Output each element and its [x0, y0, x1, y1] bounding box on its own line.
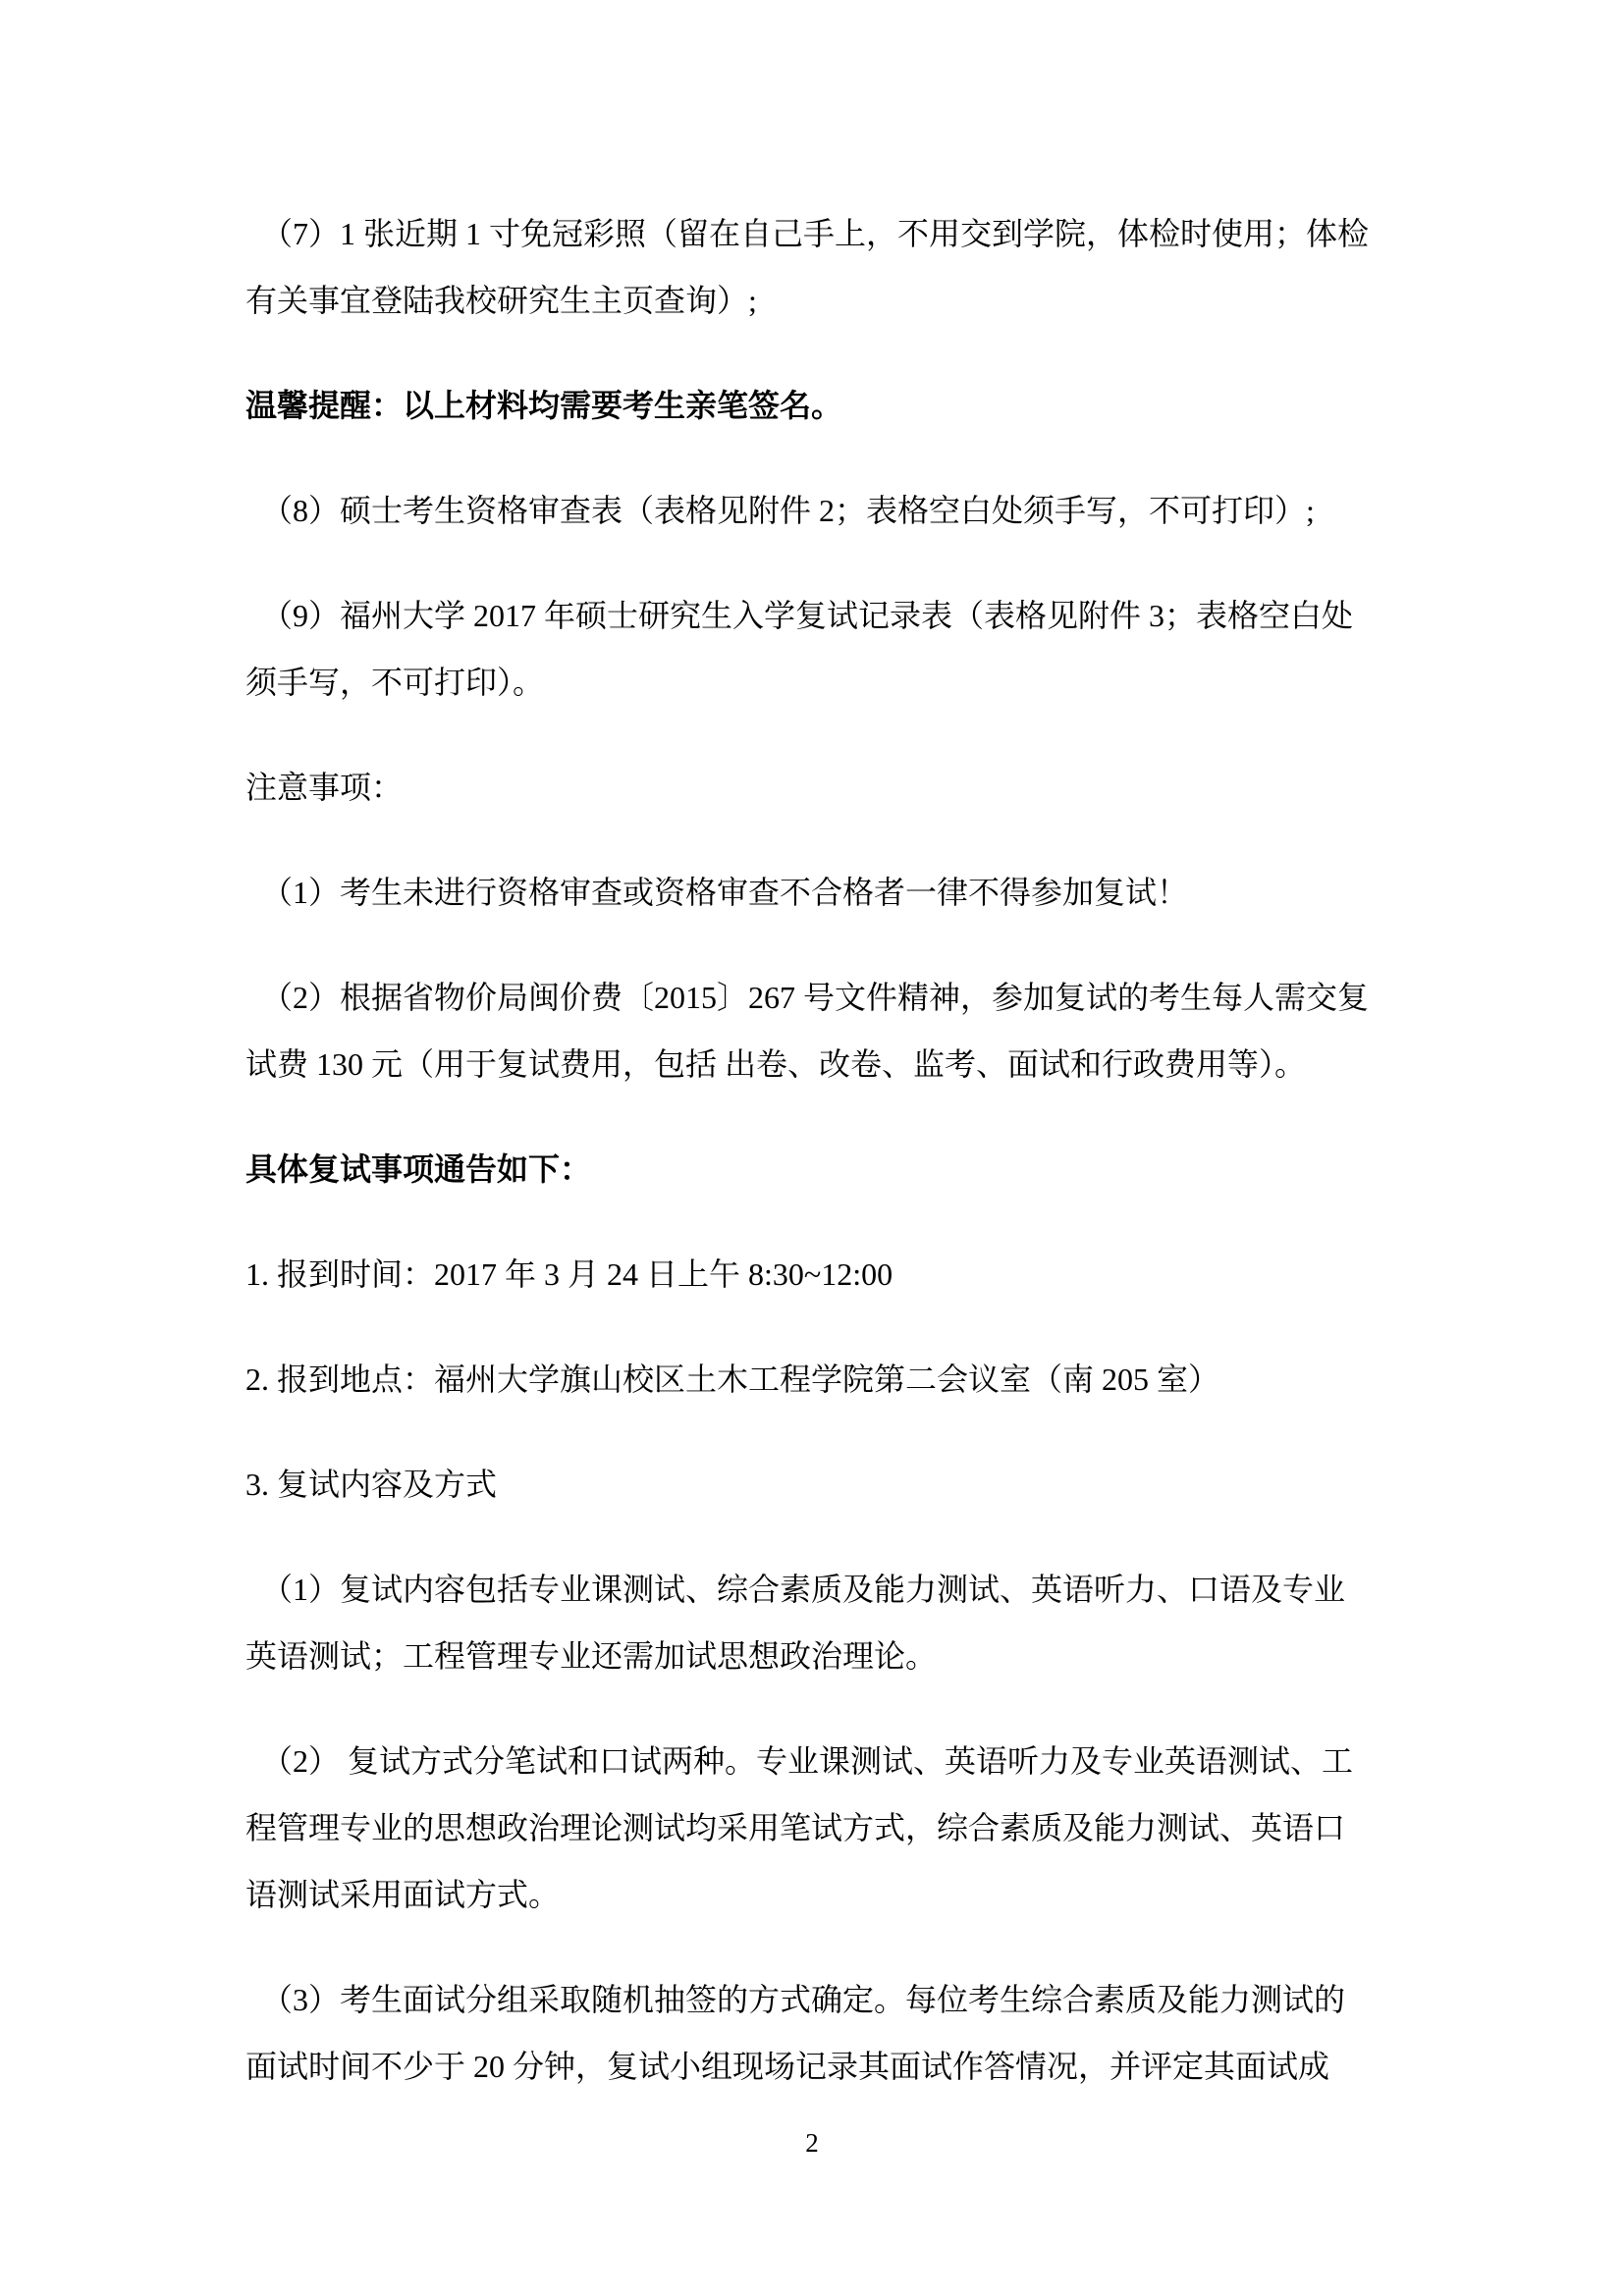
para-interview-format: （2） 复试方式分笔试和口试两种。专业课测试、英语听力及专业英语测试、工 程管理…	[245, 1728, 1384, 1928]
text-line: （1）考生未进行资格审查或资格审查不合格者一律不得参加复试！	[245, 859, 1384, 926]
text-line: （2） 复试方式分笔试和口试两种。专业课测试、英语听力及专业英语测试、工	[245, 1728, 1384, 1794]
text-line: 面试时间不少于 20 分钟，复试小组现场记录其面试作答情况，并评定其面试成	[245, 2033, 1384, 2100]
para-checkin-location: 2. 报到地点：福州大学旗山校区土木工程学院第二会议室（南 205 室）	[245, 1346, 1384, 1413]
text-line: 3. 复试内容及方式	[245, 1451, 1384, 1518]
text-line: 1. 报到时间：2017 年 3 月 24 日上午 8:30~12:00	[245, 1241, 1384, 1308]
para-note-1: （1）考生未进行资格审查或资格审查不合格者一律不得参加复试！	[245, 859, 1384, 926]
page-number: 2	[0, 2126, 1624, 2160]
text-line: （2）根据省物价局闽价费〔2015〕267 号文件精神，参加复试的考生每人需交复	[245, 964, 1384, 1031]
para-note-2: （2）根据省物价局闽价费〔2015〕267 号文件精神，参加复试的考生每人需交复…	[245, 964, 1384, 1097]
text-line: （3）考生面试分组采取随机抽签的方式确定。每位考生综合素质及能力测试的	[245, 1966, 1384, 2033]
text-line: （1）复试内容包括专业课测试、综合素质及能力测试、英语听力、口语及专业	[245, 1556, 1384, 1623]
text-line: 具体复试事项通告如下：	[245, 1136, 1384, 1202]
text-line: 英语测试；工程管理专业还需加试思想政治理论。	[245, 1623, 1384, 1689]
text-line: 须手写，不可打印）。	[245, 649, 1384, 716]
text-line: 温馨提醒：以上材料均需要考生亲笔签名。	[245, 372, 1384, 439]
text-line: 注意事项：	[245, 754, 1384, 821]
text-line: 程管理专业的思想政治理论测试均采用笔试方式，综合素质及能力测试、英语口	[245, 1794, 1384, 1861]
para-interview-content: （1）复试内容包括专业课测试、综合素质及能力测试、英语听力、口语及专业 英语测试…	[245, 1556, 1384, 1689]
text-line: （8）硕士考生资格审查表（表格见附件 2；表格空白处须手写，不可打印）;	[245, 477, 1384, 544]
text-line: 有关事宜登陆我校研究生主页查询）;	[245, 267, 1384, 334]
para-notes-heading: 注意事项：	[245, 754, 1384, 821]
para-checkin-time: 1. 报到时间：2017 年 3 月 24 日上午 8:30~12:00	[245, 1241, 1384, 1308]
para-reminder: 温馨提醒：以上材料均需要考生亲笔签名。	[245, 372, 1384, 439]
para-content-method-heading: 3. 复试内容及方式	[245, 1451, 1384, 1518]
text-line: 语测试采用面试方式。	[245, 1861, 1384, 1928]
document-page: （7）1 张近期 1 寸免冠彩照（留在自己手上，不用交到学院，体检时使用；体检 …	[0, 0, 1624, 2296]
text-line: 试费 130 元（用于复试费用，包括 出卷、改卷、监考、面试和行政费用等）。	[245, 1031, 1384, 1097]
page-body: （7）1 张近期 1 寸免冠彩照（留在自己手上，不用交到学院，体检时使用；体检 …	[245, 200, 1384, 2138]
text-line: 2. 报到地点：福州大学旗山校区土木工程学院第二会议室（南 205 室）	[245, 1346, 1384, 1413]
para-detail-heading: 具体复试事项通告如下：	[245, 1136, 1384, 1202]
text-line: （9）福州大学 2017 年硕士研究生入学复试记录表（表格见附件 3；表格空白处	[245, 582, 1384, 649]
para-interview-grouping: （3）考生面试分组采取随机抽签的方式确定。每位考生综合素质及能力测试的 面试时间…	[245, 1966, 1384, 2100]
para-photo-requirement: （7）1 张近期 1 寸免冠彩照（留在自己手上，不用交到学院，体检时使用；体检 …	[245, 200, 1384, 334]
text-line: （7）1 张近期 1 寸免冠彩照（留在自己手上，不用交到学院，体检时使用；体检	[245, 200, 1384, 267]
para-qualification-form: （8）硕士考生资格审查表（表格见附件 2；表格空白处须手写，不可打印）;	[245, 477, 1384, 544]
para-interview-record-form: （9）福州大学 2017 年硕士研究生入学复试记录表（表格见附件 3；表格空白处…	[245, 582, 1384, 716]
